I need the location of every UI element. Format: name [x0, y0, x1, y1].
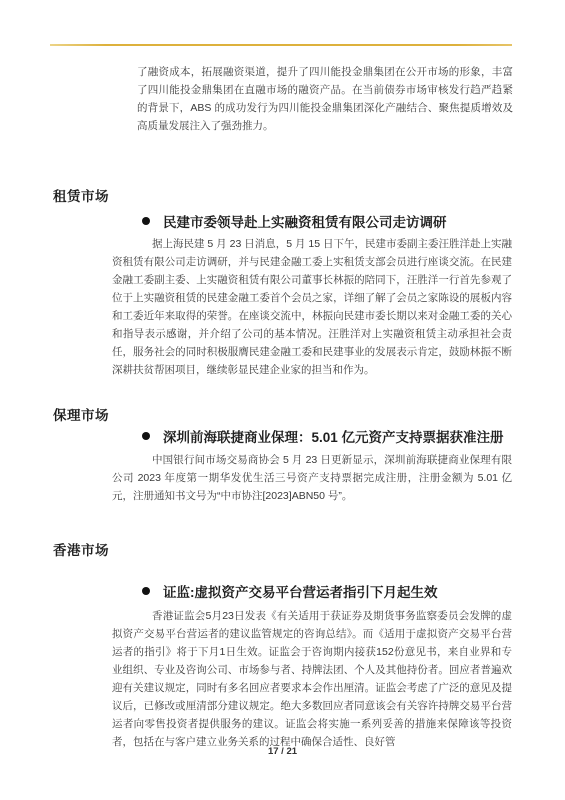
news-item-title-text: 民建市委领导赴上实融资租赁有限公司走访调研 [163, 211, 447, 231]
intro-continuation-paragraph: 了融资成本，拓展融资渠道，提升了四川能投金鼎集团在公开市场的形象，丰富了四川能投… [137, 63, 513, 135]
news-item-body-factoring: 中国银行间市场交易商协会 5 月 23 日更新显示，深圳前海联捷商业保理有限公司… [112, 451, 512, 505]
news-item-body-leasing: 据上海民建 5 月 23 日消息，5 月 15 日下午，民建市委副主委汪胜洋赴上… [112, 235, 512, 379]
news-item-body-hongkong: 香港证监会5月23日发表《有关适用于获证券及期货事务监察委员会发牌的虚拟资产交易… [112, 607, 512, 751]
newsletter-page: 了融资成本，拓展融资渠道，提升了四川能投金鼎集团在公开市场的形象，丰富了四川能投… [0, 0, 565, 800]
news-item-title-hongkong: 证监:虚拟资产交易平台营运者指引下月起生效 [142, 581, 438, 601]
section-heading-factoring: 保理市场 [53, 404, 109, 424]
bullet-icon [142, 217, 150, 225]
bullet-icon [142, 587, 150, 595]
section-divider-rule [50, 44, 512, 46]
news-item-title-leasing: 民建市委领导赴上实融资租赁有限公司走访调研 [142, 211, 447, 231]
news-item-title-text: 证监:虚拟资产交易平台营运者指引下月起生效 [163, 581, 438, 601]
news-item-title-text: 深圳前海联捷商业保理：5.01 亿元资产支持票据获准注册 [163, 426, 504, 446]
section-heading-hongkong: 香港市场 [53, 539, 109, 559]
page-number: 17 / 21 [0, 746, 565, 757]
bullet-icon [142, 432, 150, 440]
news-item-title-factoring: 深圳前海联捷商业保理：5.01 亿元资产支持票据获准注册 [142, 426, 504, 446]
section-heading-leasing: 租赁市场 [53, 185, 109, 205]
